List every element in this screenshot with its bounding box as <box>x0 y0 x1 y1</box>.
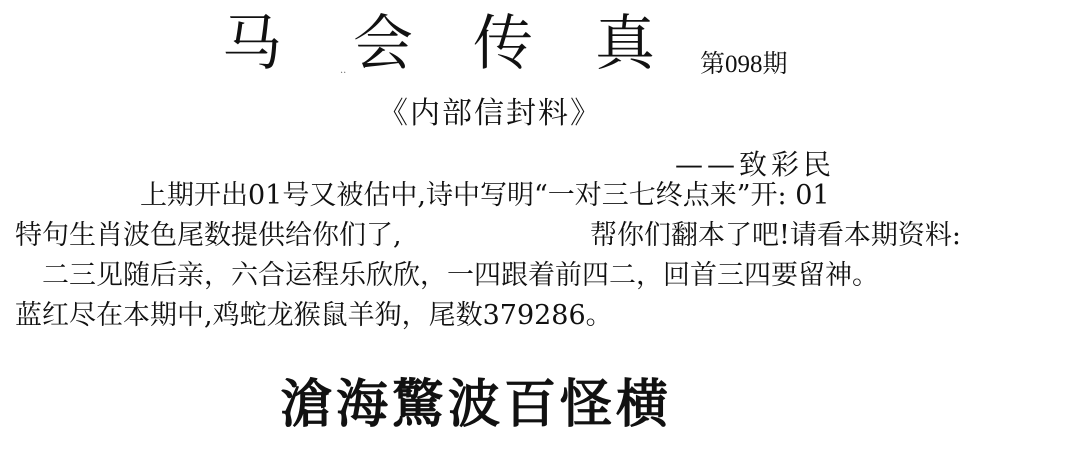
issue-number: 第098期 <box>700 44 788 80</box>
subtitle: 《内部信封料》 <box>378 88 602 132</box>
body-line-4: 蓝红尽在本期中,鸡蛇龙猴鼠羊狗，尾数379286。 <box>15 300 613 332</box>
body-line-1: 上期开出01号又被估中,诗中写明“一对三七终点来”开: 01 <box>140 180 830 212</box>
body-line-2-left: 特句生肖波色尾数提供给你们了, <box>15 220 402 252</box>
body-line-2-right: 帮你们翻本了吧!请看本期资料: <box>590 220 961 252</box>
title-char-4: 真 <box>595 14 655 74</box>
poem-line: 二三见随后亲，六合运程乐欣欣，一四跟着前四二，回首三四要留神。 <box>42 260 879 292</box>
title-char-3: 传 <box>473 14 533 74</box>
title-char-1: 马 <box>222 14 282 74</box>
scan-artifact: ·· <box>340 68 346 79</box>
dedication: ——致彩民 <box>675 143 835 183</box>
title-char-2: 会 <box>353 14 413 74</box>
slogan: 滄海驚波百怪横 <box>280 362 672 437</box>
